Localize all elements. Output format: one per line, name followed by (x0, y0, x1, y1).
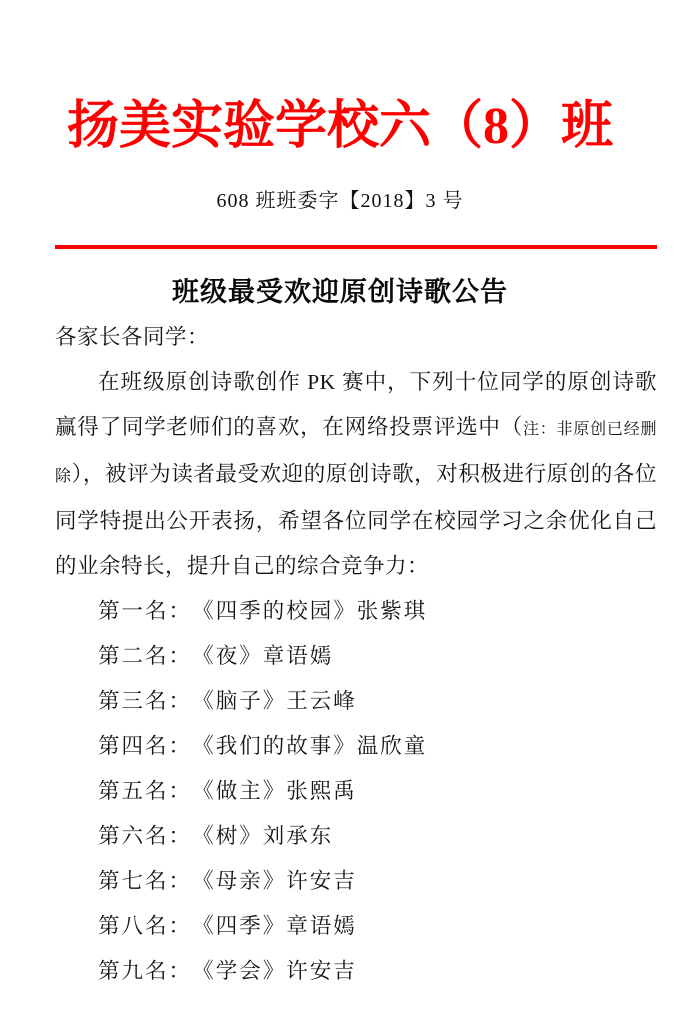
ranking-item: 第三名：《脑子》王云峰 (55, 679, 657, 724)
ranking-item: 第一名：《四季的校园》张紫琪 (55, 589, 657, 634)
rank-label: 第六名： (98, 824, 192, 848)
rank-label: 第四名： (98, 734, 192, 758)
rank-label: 第一名： (98, 599, 192, 623)
letterhead-divider (55, 245, 657, 249)
poem-entry: 《四季的校园》张紫琪 (203, 599, 427, 623)
poem-entry: 《夜》章语嫣 (203, 644, 333, 668)
ranking-item: 第九名：《学会》许安吉 (55, 949, 657, 994)
ranking-item: 第四名：《我们的故事》温欣童 (55, 724, 657, 769)
rank-label: 第八名： (98, 914, 192, 938)
ranking-item: 第七名：《母亲》许安吉 (55, 859, 657, 904)
rank-label: 第七名： (98, 869, 192, 893)
body-text-after-note: ），被评为读者最受欢迎的原创诗歌，对积极进行原创的各位同学特提出公开表扬，希望各… (55, 462, 657, 578)
doc-number: 608 班班委字【2018】3 号 (0, 188, 680, 214)
poem-entry: 《学会》许安吉 (203, 959, 357, 983)
ranking-item: 第八名：《四季》章语嫣 (55, 904, 657, 949)
announcement-paragraph: 在班级原创诗歌创作 PK 赛中，下列十位同学的原创诗歌赢得了同学老师们的喜欢，在… (55, 360, 657, 589)
ranking-list: 第一名：《四季的校园》张紫琪 第二名：《夜》章语嫣 第三名：《脑子》王云峰 第四… (55, 589, 657, 994)
poem-entry: 《做主》张熙禹 (203, 779, 357, 803)
ranking-item: 第五名：《做主》张熙禹 (55, 769, 657, 814)
rank-label: 第五名： (98, 779, 192, 803)
announcement-body-block: 各家长各同学： 在班级原创诗歌创作 PK 赛中，下列十位同学的原创诗歌赢得了同学… (55, 315, 657, 994)
letterhead-title: 扬美实验学校六（8）班 (0, 0, 680, 162)
rank-label: 第二名： (98, 644, 192, 668)
poem-entry: 《我们的故事》温欣童 (203, 734, 427, 758)
rank-label: 第三名： (98, 689, 192, 713)
poem-entry: 《母亲》许安吉 (203, 869, 357, 893)
document-page: 扬美实验学校六（8）班 608 班班委字【2018】3 号 班级最受欢迎原创诗歌… (0, 0, 680, 1024)
announcement-title: 班级最受欢迎原创诗歌公告 (0, 275, 680, 309)
poem-entry: 《四季》章语嫣 (203, 914, 357, 938)
ranking-item: 第二名：《夜》章语嫣 (55, 634, 657, 679)
salutation: 各家长各同学： (55, 315, 657, 360)
rank-label: 第九名： (98, 959, 192, 983)
ranking-item: 第六名：《树》刘承东 (55, 814, 657, 859)
poem-entry: 《树》刘承东 (203, 824, 333, 848)
poem-entry: 《脑子》王云峰 (203, 689, 357, 713)
